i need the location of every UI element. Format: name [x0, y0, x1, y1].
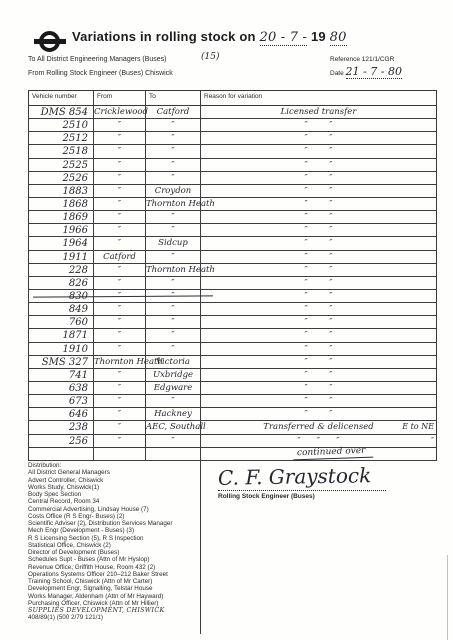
vehicle-number-cell: 1910 [29, 343, 94, 355]
vehicle-number-cell: 1869 [29, 211, 94, 223]
reason-cell: Transferred & delicensedE to NE [201, 421, 436, 433]
vehicle-number-cell: 826 [29, 277, 94, 289]
from-cell: Cricklewood [94, 106, 146, 118]
vehicle-number-cell: 638 [29, 382, 94, 394]
from-cell: ″ [94, 145, 146, 157]
to-cell: ″ [146, 435, 201, 447]
distribution-item: Revenue Office, Griffith House, Room 432… [28, 564, 198, 571]
distribution-item: Training School, Chiswick (Attn of Mr Ca… [28, 578, 198, 585]
reason-cell: ″ ″ [201, 172, 436, 184]
date-line: Date 21 - 7 - 80 [330, 65, 402, 79]
reason-text: ″ ″ [305, 329, 333, 341]
reason-cell: ″ ″ [201, 145, 436, 157]
reason-note: ″ [431, 435, 434, 447]
from-cell: ″ [94, 303, 146, 315]
to-cell: ″ [146, 145, 201, 157]
reason-cell: ″ ″ [201, 224, 436, 236]
table-row: 2512″″″ ″ [29, 132, 436, 145]
reason-cell: ″ ″ [201, 132, 436, 144]
vehicle-number-cell: 1883 [29, 185, 94, 197]
to-cell: ″ [146, 343, 201, 355]
table-row: DMS 854CricklewoodCatfordLicensed transf… [29, 106, 436, 119]
reason-cell: ″ ″ [201, 316, 436, 328]
vehicle-number-cell: 646 [29, 408, 94, 420]
reason-text: ″ ″ [305, 408, 333, 420]
reason-cell: ″ ″ [201, 198, 436, 210]
reason-text: ″ ″ [305, 224, 333, 236]
to-cell: ″ [146, 159, 201, 171]
distribution-item: Development Engr, Signalling, Telstar Ho… [28, 585, 198, 592]
reason-cell: ″ ″ [201, 369, 436, 381]
reason-text: ″ ″ [305, 251, 333, 263]
london-transport-roundel-icon [34, 31, 66, 53]
distribution-item: Works Study, Chiswick(1) [28, 484, 198, 491]
distribution-items: All District General ManagersAdvert Cont… [28, 469, 198, 621]
reference-number: Reference 121/1/CGR [330, 56, 394, 63]
reason-note: E to NE [402, 421, 434, 433]
distribution-item: Mech Engr (Development - Buses) (3) [28, 527, 198, 534]
to-cell: ″ [146, 211, 201, 223]
vehicle-number-cell: 1868 [29, 198, 94, 210]
distribution-item: Works Manager, Aldenham (Attn of Mr Hayw… [28, 593, 198, 600]
from-cell: ″ [94, 408, 146, 420]
to-cell: ″ [146, 277, 201, 289]
from-cell: Catford [94, 251, 146, 263]
reason-text: ″ ″ [305, 237, 333, 249]
signature-block: C. F. Graystock Rolling Stock Engineer (… [218, 464, 428, 500]
vehicle-number-cell: 2526 [29, 172, 94, 184]
table-row: 1910″″″ ″ [29, 343, 436, 356]
from-cell: ″ [94, 198, 146, 210]
reason-text: ″ ″ [305, 382, 333, 394]
to-line: To All District Engineering Managers (Bu… [28, 56, 167, 63]
reason-text: ″ ″ [305, 264, 333, 276]
handwritten-annotation: (15) [201, 52, 219, 62]
table-row: 1964″Sidcup″ ″ [29, 237, 436, 250]
vehicle-number-cell: 741 [29, 369, 94, 381]
reason-text: ″ ″ ″ [298, 435, 340, 447]
footer-divider [200, 458, 201, 634]
table-row: 1883″Croydon″ ″ [29, 185, 436, 198]
reason-text: ″ ″ [305, 132, 333, 144]
date-label: Date [330, 70, 344, 77]
vehicle-number-cell: 2510 [29, 119, 94, 131]
vehicle-number-cell: 2518 [29, 145, 94, 157]
vehicle-number-cell: SMS 327 [29, 356, 94, 368]
reason-text: ″ ″ [305, 290, 333, 302]
to-cell: Hackney [146, 408, 201, 420]
from-cell: ″ [94, 329, 146, 341]
table-row: 238″AEC, SouthallTransferred & delicense… [29, 421, 436, 434]
vehicle-number-cell: 2512 [29, 132, 94, 144]
table-row: 673″″″ ″ [29, 395, 436, 408]
reason-cell: ″ ″ [201, 356, 436, 368]
col-header-from: From [94, 91, 146, 105]
reason-cell: ″ ″ [201, 395, 436, 407]
table-row: 1911Catford″″ ″ [29, 251, 436, 264]
handwritten-year: 80 [330, 30, 347, 46]
from-cell: ″ [94, 224, 146, 236]
signature-line [218, 490, 386, 491]
reason-text: ″ ″ [305, 145, 333, 157]
scanned-document-page: Variations in rolling stock on 20 - 7 - … [0, 0, 453, 640]
vehicle-number-cell: 256 [29, 435, 94, 447]
reason-cell: ″ ″ [201, 251, 436, 263]
distribution-item: All District General Managers [28, 469, 198, 476]
distribution-item: Scientific Adviser (2), Distribution Ser… [28, 520, 198, 527]
to-cell: Croydon [146, 185, 201, 197]
reason-cell: ″ ″ [201, 277, 436, 289]
vehicle-number-cell: 238 [29, 421, 94, 433]
distribution-item: R S Licensing Section (5), R S Inspectio… [28, 535, 198, 542]
table-row: 1871″″″ ″ [29, 329, 436, 342]
table-row: 1868″Thornton Heath″ ″ [29, 198, 436, 211]
vehicle-number-cell: DMS 854 [29, 106, 94, 118]
table-row: 256″″″ ″ ″″ [29, 435, 436, 448]
reason-cell: ″ ″ [201, 303, 436, 315]
from-cell: ″ [94, 211, 146, 223]
reason-text: ″ ″ [305, 277, 333, 289]
distribution-item: Purchasing Officer, Chiswick (Attn of Mr… [28, 600, 198, 607]
from-cell: ″ [94, 237, 146, 249]
col-header-reason: Reason for variation [201, 91, 436, 105]
col-header-vehicle-number: Vehicle number [29, 91, 94, 105]
table-row: 2526″″″ ″ [29, 172, 436, 185]
to-cell: ″ [146, 224, 201, 236]
distribution-item: Costs Office (R S Engr- Buses) (2) [28, 513, 198, 520]
distribution-item: Advert Controller, Chiswick [28, 477, 198, 484]
reason-cell: ″ ″ [201, 290, 436, 302]
reason-cell: ″ ″ [201, 264, 436, 276]
vehicle-number-cell: 849 [29, 303, 94, 315]
distribution-item: Statistical Office, Chiswick (2) [28, 542, 198, 549]
to-cell: ″ [146, 251, 201, 263]
rolling-stock-table: Vehicle number From To Reason for variat… [28, 90, 437, 461]
table-row: 741″Uxbridge″ ″ [29, 369, 436, 382]
distribution-list: Distribution: All District General Manag… [28, 462, 198, 622]
distribution-item: 408/89(1) (500 2/79 121/1) [28, 614, 198, 621]
table-header-row: Vehicle number From To Reason for variat… [29, 91, 436, 106]
from-cell: ″ [94, 185, 146, 197]
vehicle-number-cell: 1964 [29, 237, 94, 249]
distribution-item: Body Spec Section [28, 491, 198, 498]
reason-text: ″ ″ [305, 119, 333, 131]
distribution-title: Distribution: [28, 462, 198, 469]
from-cell: ″ [94, 277, 146, 289]
table-row: 2518″″″ ″ [29, 145, 436, 158]
footer-section: Distribution: All District General Manag… [28, 458, 437, 634]
vehicle-number-cell: 1911 [29, 251, 94, 263]
reason-cell: ″ ″ [201, 159, 436, 171]
reason-text: ″ ″ [305, 185, 333, 197]
from-cell: ″ [94, 421, 146, 433]
from-cell: ″ [94, 172, 146, 184]
to-cell: Catford [146, 106, 201, 118]
from-cell: ″ [94, 159, 146, 171]
to-cell: Uxbridge [146, 369, 201, 381]
to-cell: ″ [146, 329, 201, 341]
to-cell: ″ [146, 172, 201, 184]
reason-text: ″ ″ [305, 198, 333, 210]
table-row: 2510″″″ ″ [29, 119, 436, 132]
table-row: 826″″″ ″ [29, 277, 436, 290]
distribution-item: Schedules Supt - Buses (Attn of Mr Hyslo… [28, 556, 198, 563]
distribution-item: Commercial Advertising, Lindsay House (7… [28, 506, 198, 513]
reason-cell: Licensed transfer [201, 106, 436, 118]
form-title: Variations in rolling stock on 20 - 7 - … [72, 29, 347, 46]
reason-text: ″ ″ [305, 172, 333, 184]
vehicle-number-cell: 1871 [29, 329, 94, 341]
signature-role: Rolling Stock Engineer (Buses) [218, 493, 428, 500]
to-cell: Edgware [146, 382, 201, 394]
title-text: Variations in rolling stock on [72, 29, 256, 44]
col-header-to: To [146, 91, 201, 105]
from-cell: ″ [94, 343, 146, 355]
to-cell: Thornton Heath [146, 264, 201, 276]
to-cell: Sidcup [146, 237, 201, 249]
reason-text: ″ ″ [305, 303, 333, 315]
vehicle-number-cell: 1966 [29, 224, 94, 236]
table-row: 638″Edgware″ ″ [29, 382, 436, 395]
scan-edge-artifact [447, 555, 448, 640]
reason-cell: ″ ″ [201, 211, 436, 223]
to-cell: ″ [146, 303, 201, 315]
vehicle-number-cell: 228 [29, 264, 94, 276]
to-cell: Thornton Heath [146, 198, 201, 210]
reason-cell: ″ ″ ″″ [201, 435, 436, 447]
to-cell: Victoria [146, 356, 201, 368]
table-row: 1869″″″ ″ [29, 211, 436, 224]
vehicle-number-cell: 760 [29, 316, 94, 328]
printed-year: 19 [311, 29, 326, 44]
to-cell: ″ [146, 395, 201, 407]
to-cell: ″ [146, 132, 201, 144]
reason-text: ″ ″ [305, 159, 333, 171]
table-row: 2525″″″ ″ [29, 159, 436, 172]
reason-cell: ″ ″ [201, 343, 436, 355]
from-cell: ″ [94, 119, 146, 131]
table-row: 830″″″ ″ [29, 290, 436, 303]
table-row: 760″″″ ″ [29, 316, 436, 329]
reason-cell: ″ ″ [201, 408, 436, 420]
reason-cell: ″ ″ [201, 185, 436, 197]
vehicle-number-cell: 673 [29, 395, 94, 407]
from-cell: ″ [94, 264, 146, 276]
table-row: SMS 327Thornton HeathVictoria″ ″ [29, 356, 436, 369]
reason-text: Licensed transfer [281, 106, 357, 118]
from-cell: ″ [94, 382, 146, 394]
distribution-item: Central Record, Room 34 [28, 498, 198, 505]
reason-text: ″ ″ [305, 211, 333, 223]
distribution-item: SUPPLIES DEVELOPMENT, CHISWICK [28, 607, 198, 614]
from-line: From Rolling Stock Engineer (Buses) Chis… [28, 70, 173, 77]
reason-text: Transferred & delicensed [263, 421, 373, 433]
table-row: 228″Thornton Heath″ ″ [29, 264, 436, 277]
handwritten-date: 20 - 7 - [260, 30, 308, 46]
reason-cell: ″ ″ [201, 382, 436, 394]
from-cell: ″ [94, 369, 146, 381]
handwritten-signature: C. F. Graystock [218, 462, 428, 490]
table-row: 1966″″″ ″ [29, 224, 436, 237]
reason-text: ″ ″ [305, 356, 333, 368]
reason-cell: ″ ″ [201, 237, 436, 249]
handwritten-date-value: 21 - 7 - 80 [346, 65, 402, 79]
distribution-item: Operations Systems Officer 210–212 Baker… [28, 571, 198, 578]
from-cell: Thornton Heath [94, 356, 146, 368]
reason-text: ″ ″ [305, 343, 333, 355]
reason-cell: ″ ″ [201, 329, 436, 341]
table-row: 849″″″ ″ [29, 303, 436, 316]
reason-cell: ″ ″ [201, 119, 436, 131]
reason-text: ″ ″ [305, 369, 333, 381]
to-cell: ″ [146, 316, 201, 328]
table-body: DMS 854CricklewoodCatfordLicensed transf… [29, 106, 436, 461]
from-cell: ″ [94, 132, 146, 144]
from-cell: ″ [94, 395, 146, 407]
distribution-item: Director of Development (Buses) [28, 549, 198, 556]
to-cell: ″ [146, 119, 201, 131]
reason-text: ″ ″ [305, 395, 333, 407]
reason-text: ″ ″ [305, 316, 333, 328]
vehicle-number-cell: 2525 [29, 159, 94, 171]
table-row: 646″Hackney″ ″ [29, 408, 436, 421]
from-cell: ″ [94, 435, 146, 447]
from-cell: ″ [94, 316, 146, 328]
to-cell: AEC, Southall [146, 421, 201, 433]
